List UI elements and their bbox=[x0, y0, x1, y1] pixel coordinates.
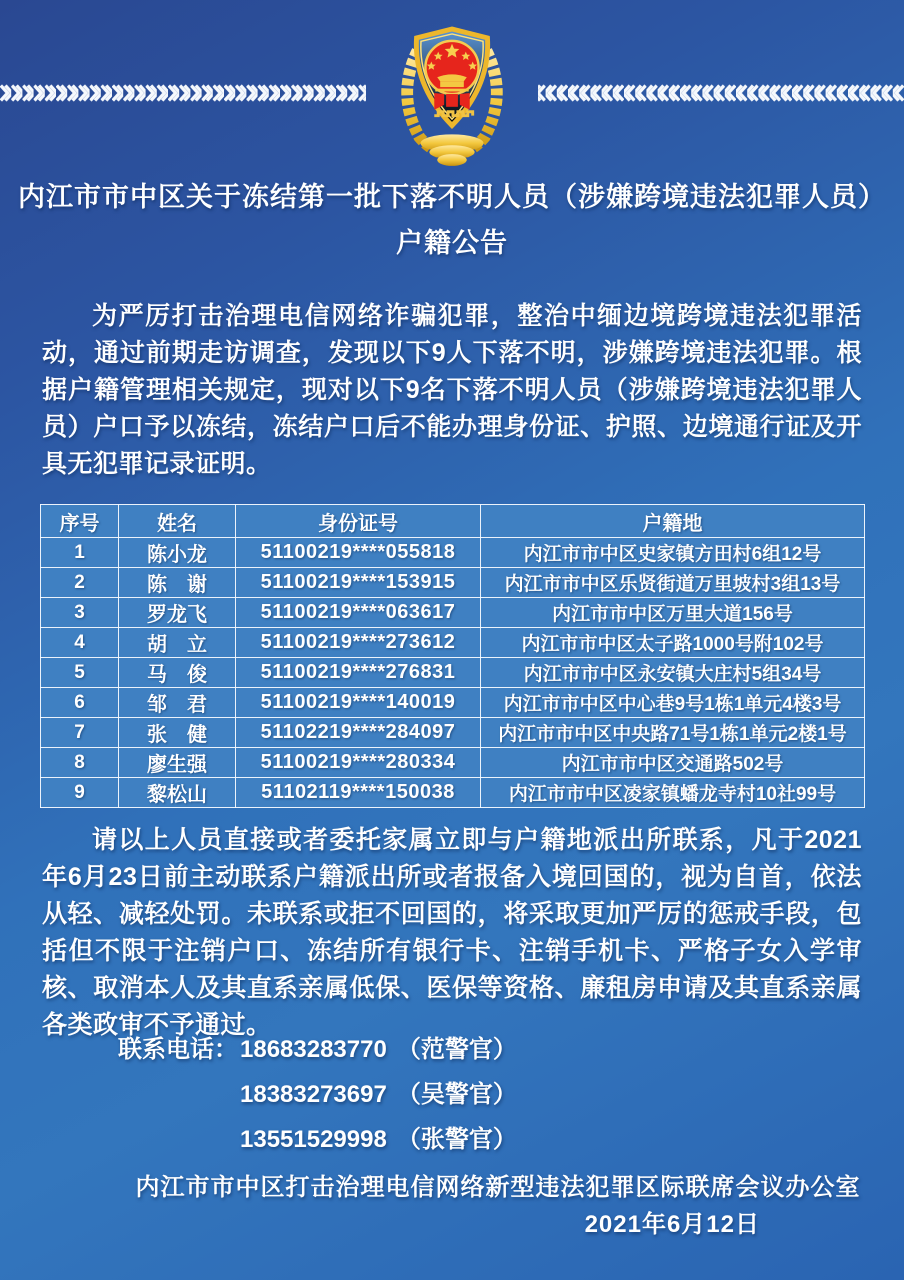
table-row: 4 胡 立 51100219****273612 内江市市中区太子路1000号附… bbox=[41, 628, 865, 658]
contact-line: 13551529998（张警官） bbox=[118, 1117, 517, 1162]
table-row: 5 马 俊 51100219****276831 内江市市中区永安镇大庄村5组3… bbox=[41, 658, 865, 688]
cell-seq: 7 bbox=[41, 718, 119, 748]
contact-line: 18383273697（吴警官） bbox=[118, 1072, 517, 1117]
title-line-2: 户籍公告 bbox=[0, 220, 904, 266]
cell-id: 51102119****150038 bbox=[236, 778, 481, 808]
col-header-seq: 序号 bbox=[41, 505, 119, 538]
table-row: 6 邹 君 51100219****140019 内江市市中区中心巷9号1栋1单… bbox=[41, 688, 865, 718]
cell-name: 廖生强 bbox=[119, 748, 236, 778]
cell-id: 51100219****063617 bbox=[236, 598, 481, 628]
contact-line: 联系电话：18683283770（范警官） bbox=[118, 1027, 517, 1072]
cell-name: 马 俊 bbox=[119, 658, 236, 688]
frozen-persons-table: 序号 姓名 身份证号 户籍地 1 陈小龙 51100219****055818 … bbox=[40, 504, 865, 808]
cell-seq: 4 bbox=[41, 628, 119, 658]
cell-name: 陈小龙 bbox=[119, 538, 236, 568]
col-header-address: 户籍地 bbox=[481, 505, 865, 538]
cell-name: 邹 君 bbox=[119, 688, 236, 718]
table-row: 2 陈 谢 51100219****153915 内江市市中区乐贤街道万里坡村3… bbox=[41, 568, 865, 598]
cell-address: 内江市市中区史家镇方田村6组12号 bbox=[481, 538, 865, 568]
phone-number: 13551529998 bbox=[240, 1126, 387, 1153]
cell-seq: 6 bbox=[41, 688, 119, 718]
cell-id: 51100219****055818 bbox=[236, 538, 481, 568]
cell-seq: 9 bbox=[41, 778, 119, 808]
table-row: 8 廖生强 51100219****280334 内江市市中区交通路502号 bbox=[41, 748, 865, 778]
cell-name: 陈 谢 bbox=[119, 568, 236, 598]
table-row: 9 黎松山 51102119****150038 内江市市中区凌家镇蟠龙寺村10… bbox=[41, 778, 865, 808]
officer-name: （范警官） bbox=[397, 1036, 517, 1063]
cell-seq: 3 bbox=[41, 598, 119, 628]
announcement-poster: { "header": { "emblem_icon": "china-poli… bbox=[0, 0, 904, 1280]
table-row: 3 罗龙飞 51100219****063617 内江市市中区万里大道156号 bbox=[41, 598, 865, 628]
cell-seq: 1 bbox=[41, 538, 119, 568]
phone-number: 18383273697 bbox=[240, 1081, 387, 1108]
cell-address: 内江市市中区中央路71号1栋1单元2楼1号 bbox=[481, 718, 865, 748]
cell-id: 51100219****276831 bbox=[236, 658, 481, 688]
officer-name: （张警官） bbox=[397, 1126, 517, 1153]
cell-name: 黎松山 bbox=[119, 778, 236, 808]
table-row: 7 张 健 51102219****284097 内江市市中区中央路71号1栋1… bbox=[41, 718, 865, 748]
police-badge-emblem-icon bbox=[388, 20, 516, 170]
cell-id: 51100219****280334 bbox=[236, 748, 481, 778]
col-header-id: 身份证号 bbox=[236, 505, 481, 538]
table-header-row: 序号 姓名 身份证号 户籍地 bbox=[41, 505, 865, 538]
intro-paragraph: 为严厉打击治理电信网络诈骗犯罪，整治中缅边境跨境违法犯罪活动，通过前期走访调查，… bbox=[42, 298, 862, 483]
cell-id: 51100219****153915 bbox=[236, 568, 481, 598]
title-line-1: 内江市市中区关于冻结第一批下落不明人员（涉嫌跨境违法犯罪人员） bbox=[0, 174, 904, 220]
contact-label: 联系电话： bbox=[118, 1027, 240, 1072]
cell-name: 胡 立 bbox=[119, 628, 236, 658]
officer-name: （吴警官） bbox=[397, 1081, 517, 1108]
issue-date: 2021年6月12日 bbox=[585, 1204, 760, 1239]
cell-address: 内江市市中区太子路1000号附102号 bbox=[481, 628, 865, 658]
cell-name: 张 健 bbox=[119, 718, 236, 748]
chevron-band-left-icon bbox=[0, 84, 366, 102]
phone-number: 18683283770 bbox=[240, 1036, 387, 1063]
cell-address: 内江市市中区凌家镇蟠龙寺村10社99号 bbox=[481, 778, 865, 808]
cell-address: 内江市市中区乐贤街道万里坡村3组13号 bbox=[481, 568, 865, 598]
cell-seq: 5 bbox=[41, 658, 119, 688]
cell-id: 51102219****284097 bbox=[236, 718, 481, 748]
cell-name: 罗龙飞 bbox=[119, 598, 236, 628]
issuing-organization: 内江市市中区打击治理电信网络新型违法犯罪区际联席会议办公室 bbox=[46, 1167, 904, 1202]
col-header-name: 姓名 bbox=[119, 505, 236, 538]
page-title: 内江市市中区关于冻结第一批下落不明人员（涉嫌跨境违法犯罪人员） 户籍公告 bbox=[0, 174, 904, 266]
table-row: 1 陈小龙 51100219****055818 内江市市中区史家镇方田村6组1… bbox=[41, 538, 865, 568]
cell-seq: 8 bbox=[41, 748, 119, 778]
cell-address: 内江市市中区万里大道156号 bbox=[481, 598, 865, 628]
cell-address: 内江市市中区永安镇大庄村5组34号 bbox=[481, 658, 865, 688]
cell-seq: 2 bbox=[41, 568, 119, 598]
cell-id: 51100219****140019 bbox=[236, 688, 481, 718]
chevron-band-right-icon bbox=[538, 84, 904, 102]
contact-block: 联系电话：18683283770（范警官） 18383273697（吴警官） 1… bbox=[118, 1027, 517, 1162]
cell-address: 内江市市中区交通路502号 bbox=[481, 748, 865, 778]
notice-paragraph: 请以上人员直接或者委托家属立即与户籍地派出所联系，凡于2021年6月23日前主动… bbox=[42, 822, 862, 1044]
cell-address: 内江市市中区中心巷9号1栋1单元4楼3号 bbox=[481, 688, 865, 718]
cell-id: 51100219****273612 bbox=[236, 628, 481, 658]
